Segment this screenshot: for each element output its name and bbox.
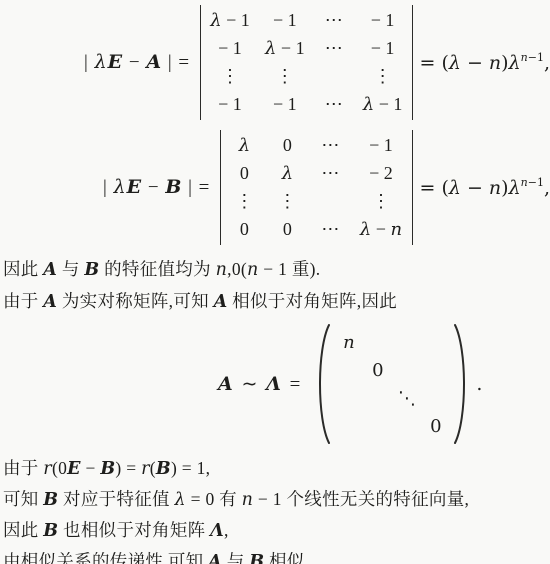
diag-entry: n	[343, 332, 355, 353]
matrix-A-entries: λ − 1 − 1 ⋯ − 1 − 1 λ − 1 ⋯ − 1 ⋮ ⋮ ⋮ − …	[215, 11, 397, 114]
matrix-cell: − 1	[369, 136, 393, 155]
rhs-expression: = (λ − n)λ	[420, 52, 521, 74]
right-paren-icon	[452, 322, 472, 446]
similarity-lhs: A ∼ Λ =	[218, 373, 302, 396]
matrix-cell: λ − 1	[210, 11, 250, 30]
matrix-cell: ⋮	[221, 67, 239, 86]
matrix-cell: ⋯	[321, 220, 339, 239]
matrix-cell: ⋮	[372, 192, 390, 211]
matrix-cell: 0	[280, 136, 294, 155]
matrix-cell: λ	[280, 164, 294, 183]
exponent: n−1	[521, 176, 544, 189]
exponent: n−1	[521, 51, 544, 64]
matrix-cell: ⋮	[235, 192, 253, 211]
matrix-cell: ⋯	[321, 136, 339, 155]
equation-rhs: = (λ − n)λn−1,	[420, 52, 550, 74]
matrix-cell: 0	[237, 164, 251, 183]
diag-entry: ⋱	[398, 388, 416, 409]
equation-lhs-lambdaE-minus-B: | λE − B | =	[103, 176, 210, 199]
paragraph-B-similar-Lambda: 因此 B 也相似于对角矩阵 Λ,	[3, 520, 550, 541]
matrix-cell: − 2	[369, 164, 393, 183]
equation-A-similar-to-Lambda: A ∼ Λ = n 0 ⋱ 0 .	[218, 322, 550, 446]
scanned-textbook-page: | λE − A | = λ − 1 − 1 ⋯ − 1 − 1 λ − 1 ⋯…	[0, 0, 550, 564]
determinant-matrix-B: λ 0 ⋯ − 1 0 λ ⋯ − 2 ⋮ ⋮ ⋮ 0 0 ⋯ λ − n	[220, 130, 412, 245]
matrix-cell: 0	[280, 220, 294, 239]
rhs-expression: = (λ − n)λ	[420, 177, 521, 199]
matrix-cell: ⋯	[321, 164, 339, 183]
matrix-cell: − 1	[218, 95, 242, 114]
matrix-cell: λ	[237, 136, 251, 155]
diagonal-matrix-Lambda: n 0 ⋱ 0	[312, 322, 472, 446]
paragraph-transitivity-conclusion: 由相似关系的传递性,可知 A 与 B 相似.	[3, 551, 550, 564]
diag-entry: 0	[372, 360, 383, 381]
Lambda-diagonal-entries: n 0 ⋱ 0	[334, 328, 450, 440]
matrix-cell: ⋯	[325, 39, 343, 58]
equation-char-poly-A: | λE − A | = λ − 1 − 1 ⋯ − 1 − 1 λ − 1 ⋯…	[84, 5, 550, 120]
paragraph-rank-condition: 由于 r(0E − B) = r(B) = 1,	[3, 458, 550, 479]
matrix-cell: ⋮	[276, 67, 294, 86]
paragraph-A-real-symmetric: 由于 A 为实对称矩阵,可知 A 相似于对角矩阵,因此	[3, 291, 550, 312]
paragraph-eigenvalues-conclusion: 因此 A 与 B 的特征值均为 n,0(n − 1 重).	[3, 259, 550, 280]
diag-entry: 0	[430, 416, 441, 437]
matrix-cell: λ − 1	[363, 95, 403, 114]
matrix-B-entries: λ 0 ⋯ − 1 0 λ ⋯ − 2 ⋮ ⋮ ⋮ 0 0 ⋯ λ − n	[235, 136, 397, 239]
matrix-cell: ⋯	[325, 11, 343, 30]
matrix-cell: − 1	[371, 11, 395, 30]
matrix-cell: ⋮	[278, 192, 296, 211]
matrix-cell: − 1	[371, 39, 395, 58]
trailing-comma: ,	[544, 177, 550, 199]
matrix-cell: − 1	[273, 95, 297, 114]
determinant-matrix-A: λ − 1 − 1 ⋯ − 1 − 1 λ − 1 ⋯ − 1 ⋮ ⋮ ⋮ − …	[200, 5, 412, 120]
matrix-cell: λ − n	[360, 220, 402, 239]
paragraph-B-eigenvectors: 可知 B 对应于特征值 λ = 0 有 n − 1 个线性无关的特征向量,	[3, 489, 550, 510]
trailing-comma: ,	[544, 52, 550, 74]
matrix-cell: − 1	[218, 39, 242, 58]
equation-rhs: = (λ − n)λn−1,	[420, 177, 550, 199]
equation-char-poly-B: | λE − B | = λ 0 ⋯ − 1 0 λ ⋯ − 2 ⋮ ⋮ ⋮ 0…	[103, 130, 550, 245]
matrix-cell: 0	[237, 220, 251, 239]
trailing-period: .	[476, 373, 482, 395]
matrix-cell: − 1	[273, 11, 297, 30]
left-paren-icon	[312, 322, 332, 446]
matrix-cell: ⋯	[325, 95, 343, 114]
matrix-cell: λ − 1	[265, 39, 305, 58]
equation-lhs-lambdaE-minus-A: | λE − A | =	[84, 51, 190, 74]
matrix-cell: ⋮	[374, 67, 392, 86]
